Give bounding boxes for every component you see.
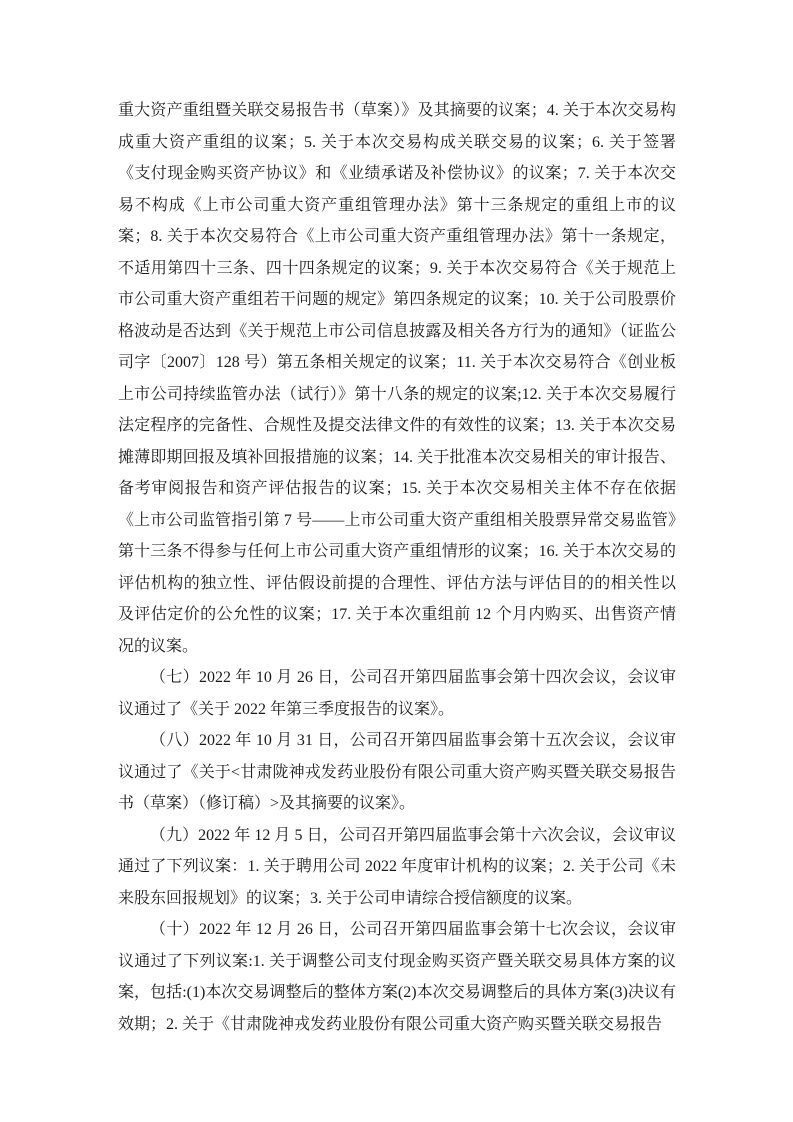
paragraph-item-10: （十）2022 年 12 月 26 日，公司召开第四届监事会第十七次会议，会议审… (118, 914, 676, 1040)
document-page: 重大资产重组暨关联交易报告书（草案）》及其摘要的议案；4. 关于本次交易构成重大… (0, 0, 793, 1122)
paragraph-item-8: （八）2022 年 10 月 31 日，公司召开第四届监事会第十五次会议，会议审… (118, 725, 676, 820)
paragraph-continuation: 重大资产重组暨关联交易报告书（草案）》及其摘要的议案；4. 关于本次交易构成重大… (118, 95, 676, 662)
document-body: 重大资产重组暨关联交易报告书（草案）》及其摘要的议案；4. 关于本次交易构成重大… (118, 95, 676, 1040)
paragraph-item-9: （九）2022 年 12 月 5 日，公司召开第四届监事会第十六次会议，会议审议… (118, 820, 676, 915)
paragraph-item-7: （七）2022 年 10 月 26 日，公司召开第四届监事会第十四次会议，会议审… (118, 662, 676, 725)
